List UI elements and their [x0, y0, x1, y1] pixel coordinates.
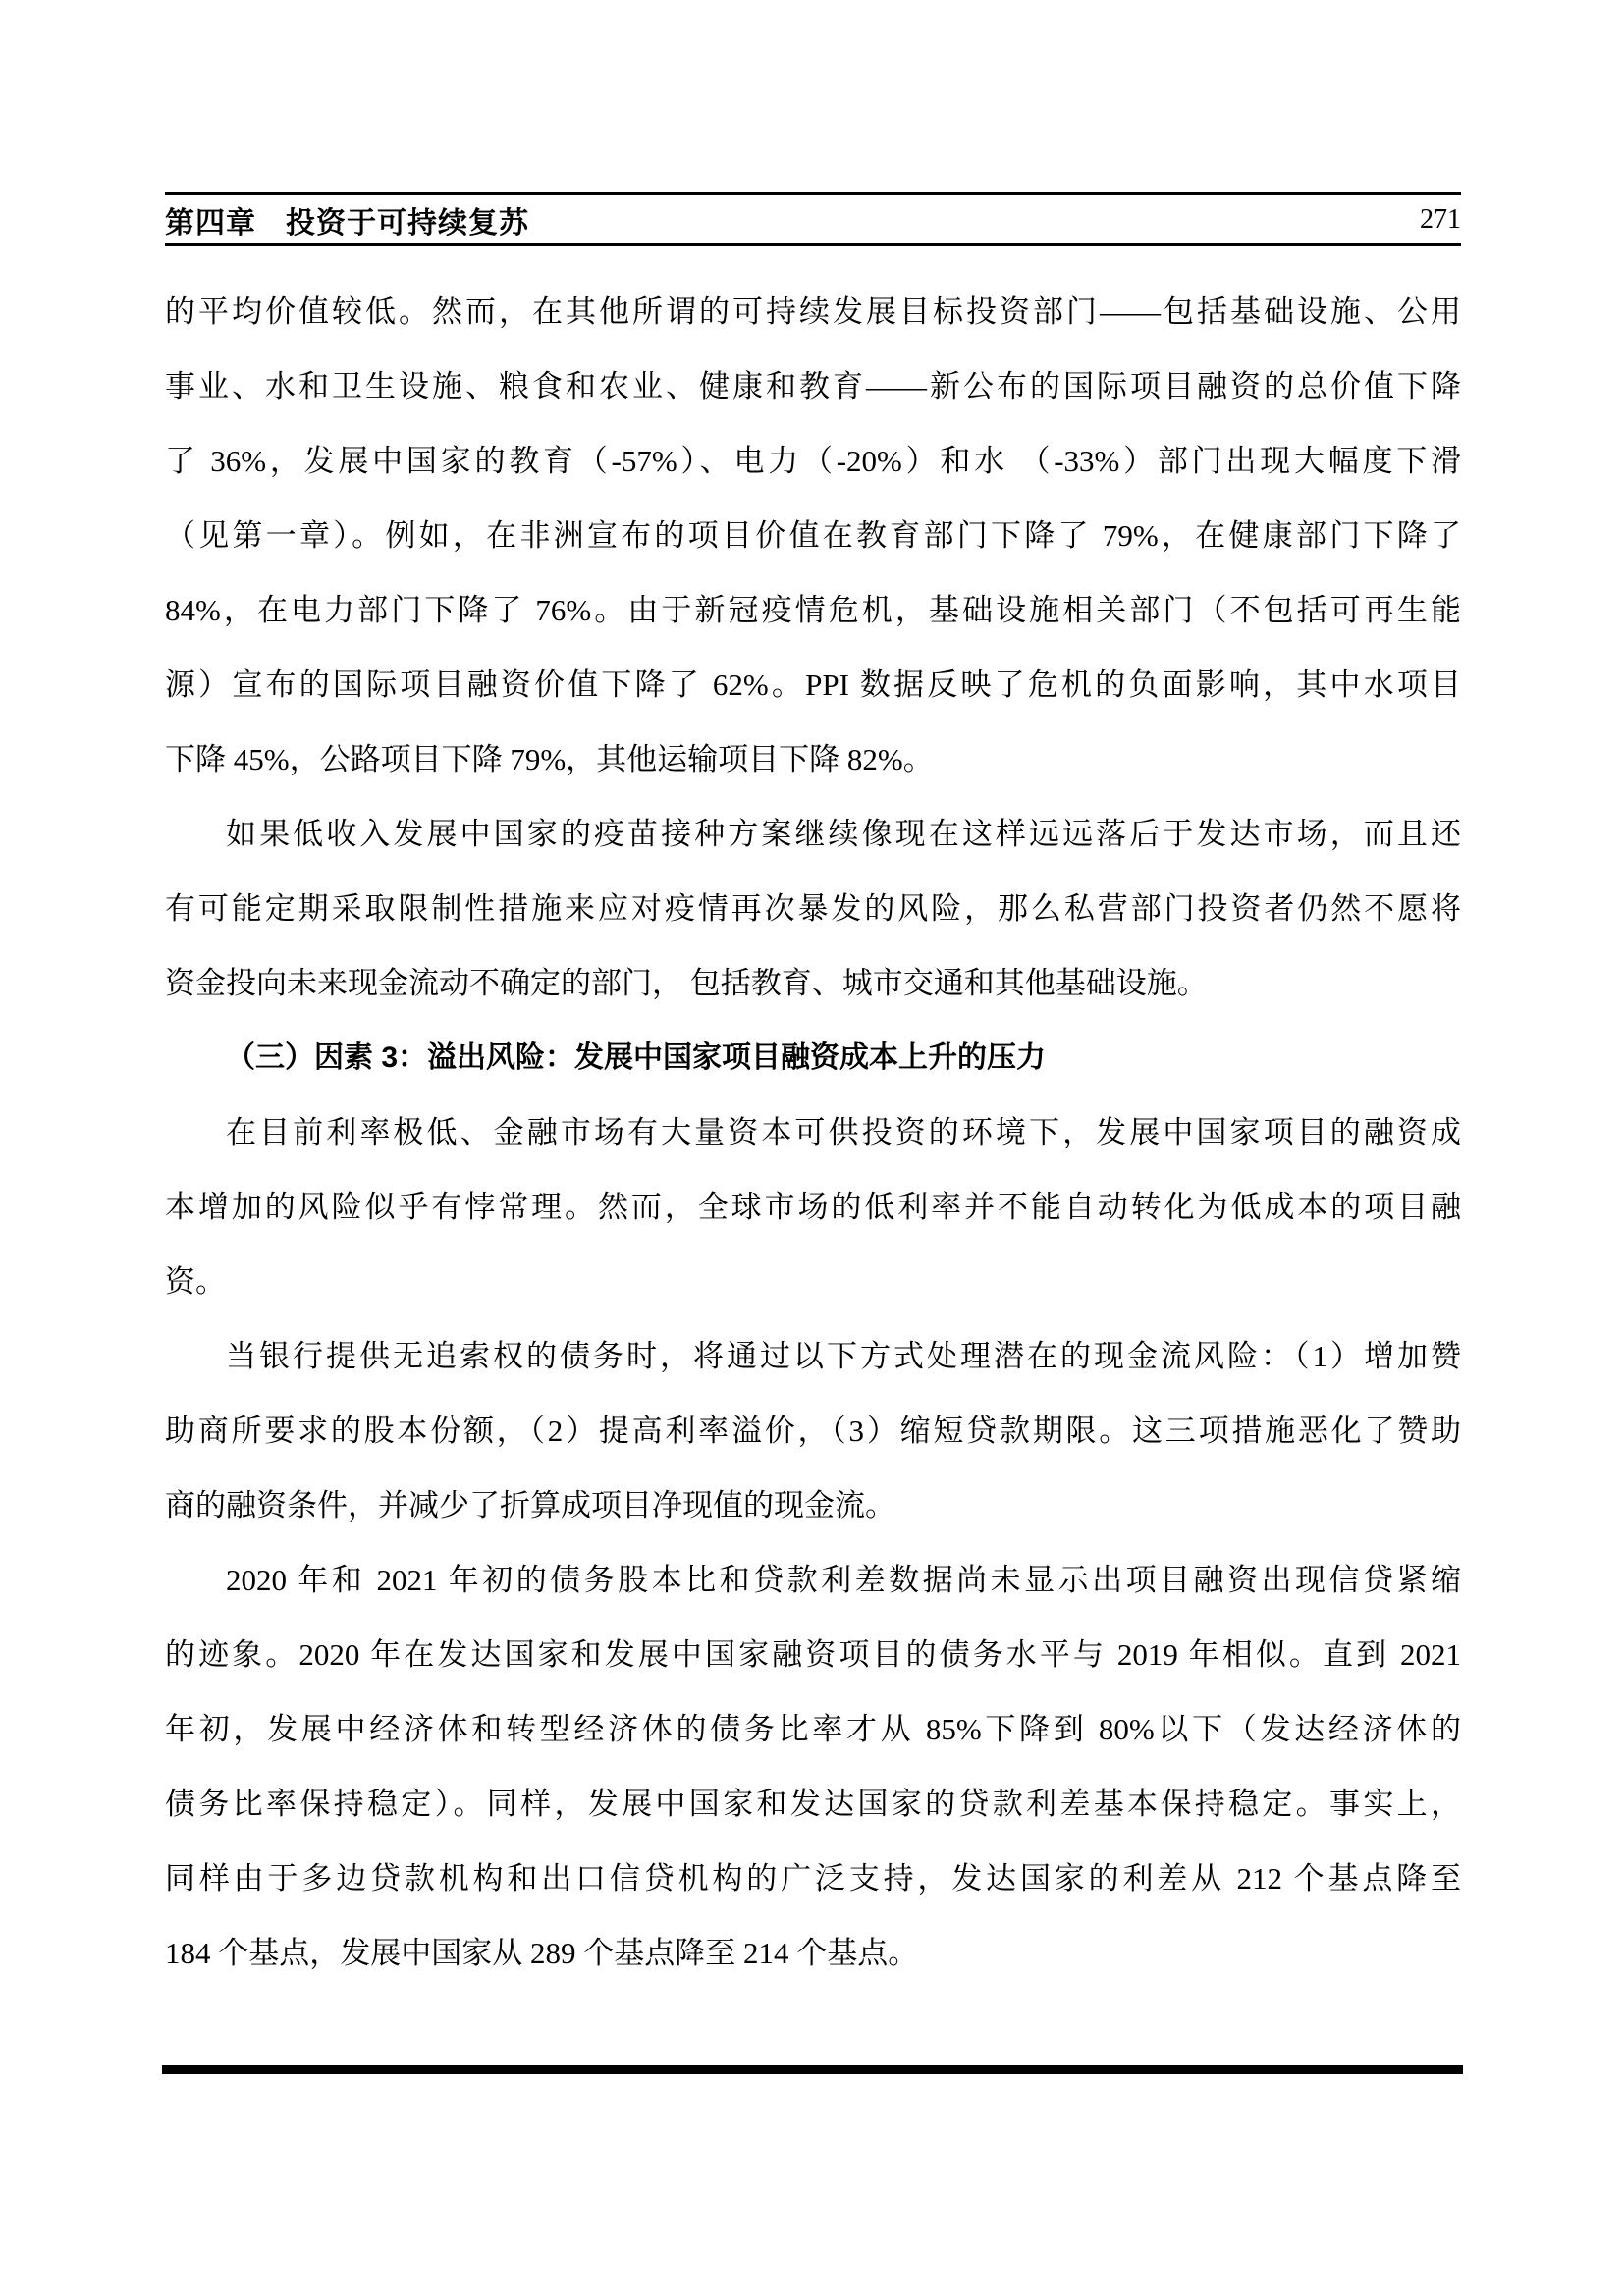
section-heading: （三）因素 3：溢出风险：发展中国家项目融资成本上升的压力 [165, 1021, 1461, 1095]
header-bottom-rule [165, 243, 1461, 246]
body-line: 84%，在电力部门下降了 76%。由于新冠疫情危机，基础设施相关部门（不包括可再… [165, 573, 1461, 648]
body-line: 源）宣布的国际项目融资价值下降了 62%。PPI 数据反映了危机的负面影响，其中… [165, 648, 1461, 722]
body-line: 助商所要求的股本份额，（2）提高利率溢价，（3）缩短贷款期限。这三项措施恶化了赞… [165, 1394, 1461, 1468]
body-text: 的平均价值较低。然而，在其他所谓的可持续发展目标投资部门——包括基础设施、公用事… [165, 275, 1461, 1991]
body-line: 同样由于多边贷款机构和出口信贷机构的广泛支持，发达国家的利差从 212 个基点降… [165, 1842, 1461, 1916]
page-header: 第四章投资于可持续复苏 271 [165, 195, 1461, 243]
page-number: 271 [1420, 204, 1461, 236]
body-line: 当银行提供无追索权的债务时，将通过以下方式处理潜在的现金流风险：（1）增加赞 [165, 1319, 1461, 1394]
body-line: 2020 年和 2021 年初的债务股本比和贷款利差数据尚未显示出项目融资出现信… [165, 1543, 1461, 1618]
chapter-label: 第四章 [165, 207, 256, 240]
chapter-heading: 第四章投资于可持续复苏 [165, 198, 529, 241]
body-line: 年初，发展中经济体和转型经济体的债务比率才从 85%下降到 80%以下（发达经济… [165, 1692, 1461, 1767]
chapter-title: 投资于可持续复苏 [286, 207, 529, 240]
body-line: 的迹象。2020 年在发达国家和发展中国家融资项目的债务水平与 2019 年相似… [165, 1618, 1461, 1692]
body-line: 资金投向未来现金流动不确定的部门， 包括教育、城市交通和其他基础设施。 [165, 946, 1461, 1021]
document-page: 第四章投资于可持续复苏 271 的平均价值较低。然而，在其他所谓的可持续发展目标… [0, 0, 1624, 2296]
body-line: 如果低收入发展中国家的疫苗接种方案继续像现在这样远远落后于发达市场，而且还 [165, 797, 1461, 872]
footer-rule [162, 2065, 1463, 2074]
body-line: 本增加的风险似乎有悖常理。然而，全球市场的低利率并不能自动转化为低成本的项目融 [165, 1170, 1461, 1245]
body-line: 商的融资条件，并减少了折算成项目净现值的现金流。 [165, 1468, 1461, 1543]
body-line: 债务比率保持稳定）。同样，发展中国家和发达国家的贷款利差基本保持稳定。事实上， [165, 1767, 1461, 1842]
body-line: 资。 [165, 1245, 1461, 1319]
body-line: 在目前利率极低、金融市场有大量资本可供投资的环境下，发展中国家项目的融资成 [165, 1095, 1461, 1170]
body-line: 事业、水和卫生设施、粮食和农业、健康和教育——新公布的国际项目融资的总价值下降 [165, 349, 1461, 424]
body-line: 有可能定期采取限制性措施来应对疫情再次暴发的风险，那么私营部门投资者仍然不愿将 [165, 872, 1461, 946]
body-line: 下降 45%，公路项目下降 79%，其他运输项目下降 82%。 [165, 722, 1461, 797]
body-line: 了 36%，发展中国家的教育（-57%）、电力（-20%）和水 （-33%）部门… [165, 424, 1461, 499]
body-line: 的平均价值较低。然而，在其他所谓的可持续发展目标投资部门——包括基础设施、公用 [165, 275, 1461, 349]
body-line: （见第一章）。例如，在非洲宣布的项目价值在教育部门下降了 79%，在健康部门下降… [165, 499, 1461, 573]
body-line: 184 个基点，发展中国家从 289 个基点降至 214 个基点。 [165, 1916, 1461, 1991]
